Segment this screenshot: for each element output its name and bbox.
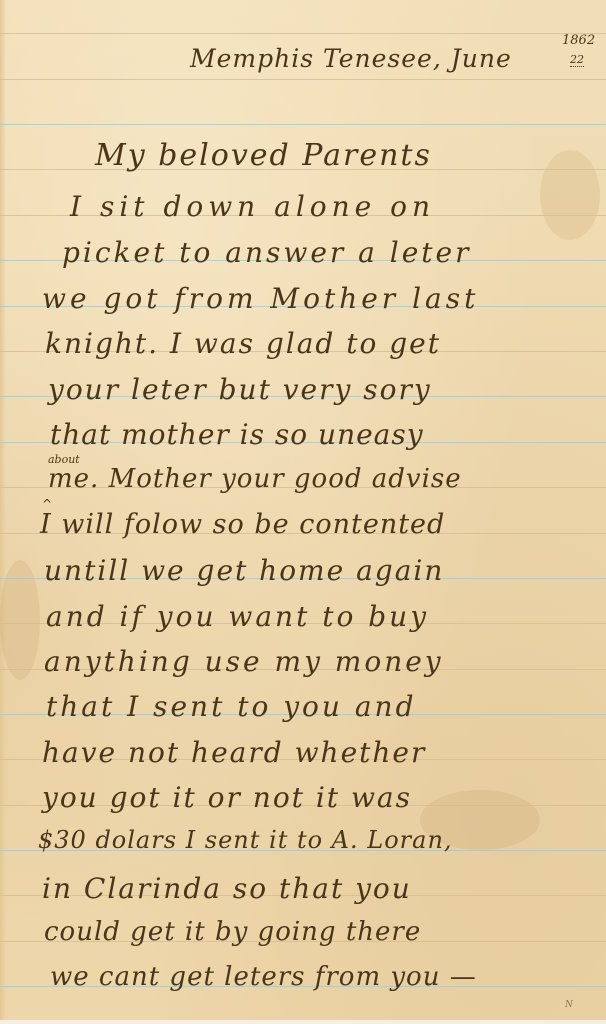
- dateline-place: Memphis Tenesee, June: [190, 44, 512, 73]
- body-line: picket to answer a leter: [62, 236, 472, 269]
- body-line: could get it by going there: [44, 917, 421, 947]
- body-line: in Clarinda so that you: [42, 872, 412, 905]
- salutation: My beloved Parents: [95, 138, 432, 173]
- body-line: have not heard whether: [42, 736, 426, 769]
- body-line: $30 dolars I sent it to A. Loran,: [38, 826, 453, 854]
- letter-page: Memphis Tenesee, June 1862 22 My beloved…: [0, 0, 606, 1020]
- body-line: that mother is so uneasy: [50, 418, 424, 451]
- paper-stain: [540, 150, 600, 240]
- page-mark: N: [565, 1000, 573, 1010]
- scan-margin: [0, 1020, 606, 1024]
- body-line: and if you want to buy: [46, 600, 429, 633]
- body-line: you got it or not it was: [42, 781, 412, 814]
- body-line: that I sent to you and: [46, 690, 417, 723]
- body-line: me. Mother your good advise: [48, 464, 462, 494]
- ruled-line: [0, 33, 606, 34]
- body-line: we got from Mother last: [42, 282, 479, 315]
- body-line: we cant get leters from you —: [50, 962, 477, 992]
- body-line: I sit down alone on: [70, 190, 435, 223]
- body-line: anything use my money: [44, 645, 444, 678]
- body-line: your leter but very sory: [48, 373, 432, 406]
- dateline-year: 1862: [562, 33, 595, 48]
- ruled-line: [0, 124, 606, 125]
- paper-edge: [0, 0, 6, 1020]
- ruled-line: [0, 79, 606, 80]
- body-line: knight. I was glad to get: [45, 327, 441, 360]
- body-line: untill we get home again: [44, 554, 444, 587]
- body-line: I will folow so be contented: [40, 509, 445, 540]
- dateline-day: 22: [570, 53, 584, 67]
